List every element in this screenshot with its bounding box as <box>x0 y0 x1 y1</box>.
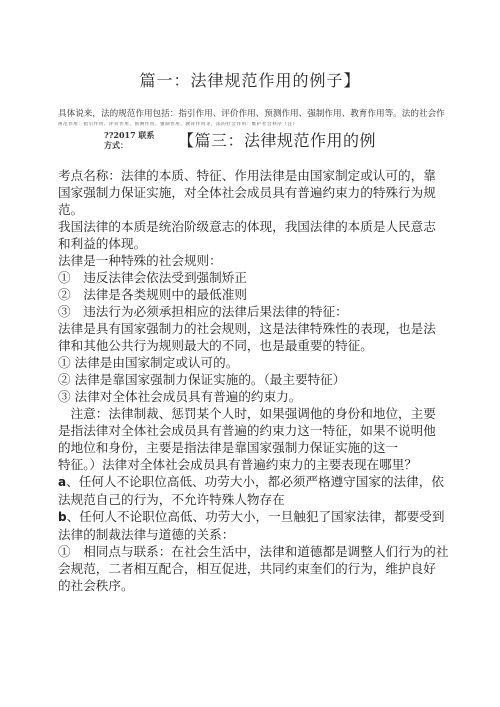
micro-text-line: 规范作用：指引作用、评价作用、预测作用、强制作用、教育作用等，法的社会作用：维护… <box>58 122 298 128</box>
paragraph-prefix: a <box>58 475 66 489</box>
paragraph: a、任何人不论职位高低、功劳大小，都必须严格遵守国家的法律，依 法规范自己的行为… <box>58 473 456 508</box>
paragraph: ① 相同点与联系：在社会生活中，法律和道德都是调整人们行为的社 会规范，二者相互… <box>58 543 456 594</box>
contact-label: ??2017 联系方式： <box>104 130 162 150</box>
paragraph: 法律是一种特殊的社会规则： <box>58 252 456 269</box>
paragraph: ① 法律是由国家制定或认可的。 <box>58 354 456 371</box>
document-page: 篇一：法律规范作用的例子】 具体说来，法的规范作用包括：指引作用、评价作用、预测… <box>0 0 500 707</box>
paragraph: ③ 违法行为必须承担相应的法律后果法律的特征： <box>58 303 456 320</box>
paragraph: ③ 法律对全体社会成员具有普遍的约束力。 <box>58 388 456 405</box>
page-title: 篇一：法律规范作用的例子】 <box>0 68 500 91</box>
content-column: 具体说来，法的规范作用包括：指引作用、评价作用、预测作用、强制作用、教育作用等。… <box>0 108 500 594</box>
body-text: 考点名称：法律的本质、特征、作用法律是由国家制定或认可的，靠 国家强制力保证实施… <box>58 167 456 594</box>
paragraph-text: 、任何人不论职位高低、功劳大小，一旦触犯了国家法律，都要受到 法律的制裁法律与道… <box>58 509 444 542</box>
paragraph-text: 、任何人不论职位高低、功劳大小，都必须严格遵守国家的法律，依 法规范自己的行为，… <box>58 474 444 507</box>
intro-line: 具体说来，法的规范作用包括：指引作用、评价作用、预测作用、强制作用、教育作用等。… <box>58 108 456 120</box>
section-heading: 【篇三：法律规范作用的例 <box>178 130 376 152</box>
paragraph: ② 法律是各类规则中的最低准则 <box>58 286 456 303</box>
paragraph: b、任何人不论职位高低、功劳大小，一旦触犯了国家法律，都要受到 法律的制裁法律与… <box>58 508 456 543</box>
paragraph: 注意：法律制裁、惩罚某个人时，如果强调他的身份和地位，主要 是指法律对全体社会成… <box>58 405 456 473</box>
paragraph: ① 违反法律会依法受到强制矫正 <box>58 269 456 286</box>
paragraph: 我国法律的本质是统治阶级意志的体现，我国法律的本质是人民意志 和利益的体现。 <box>58 218 456 252</box>
paragraph: 法律是具有国家强制力的社会规则，这是法律特殊性的表现，也是法 律和其他公共行为规… <box>58 320 456 354</box>
paragraph: ② 法律是靠国家强制力保证实施的。（最主要特征） <box>58 371 456 388</box>
paragraph-prefix: b <box>58 510 67 524</box>
paragraph: 考点名称：法律的本质、特征、作用法律是由国家制定或认可的，靠 国家强制力保证实施… <box>58 167 456 218</box>
heading-row: ??2017 联系方式： 【篇三：法律规范作用的例 <box>58 130 456 152</box>
